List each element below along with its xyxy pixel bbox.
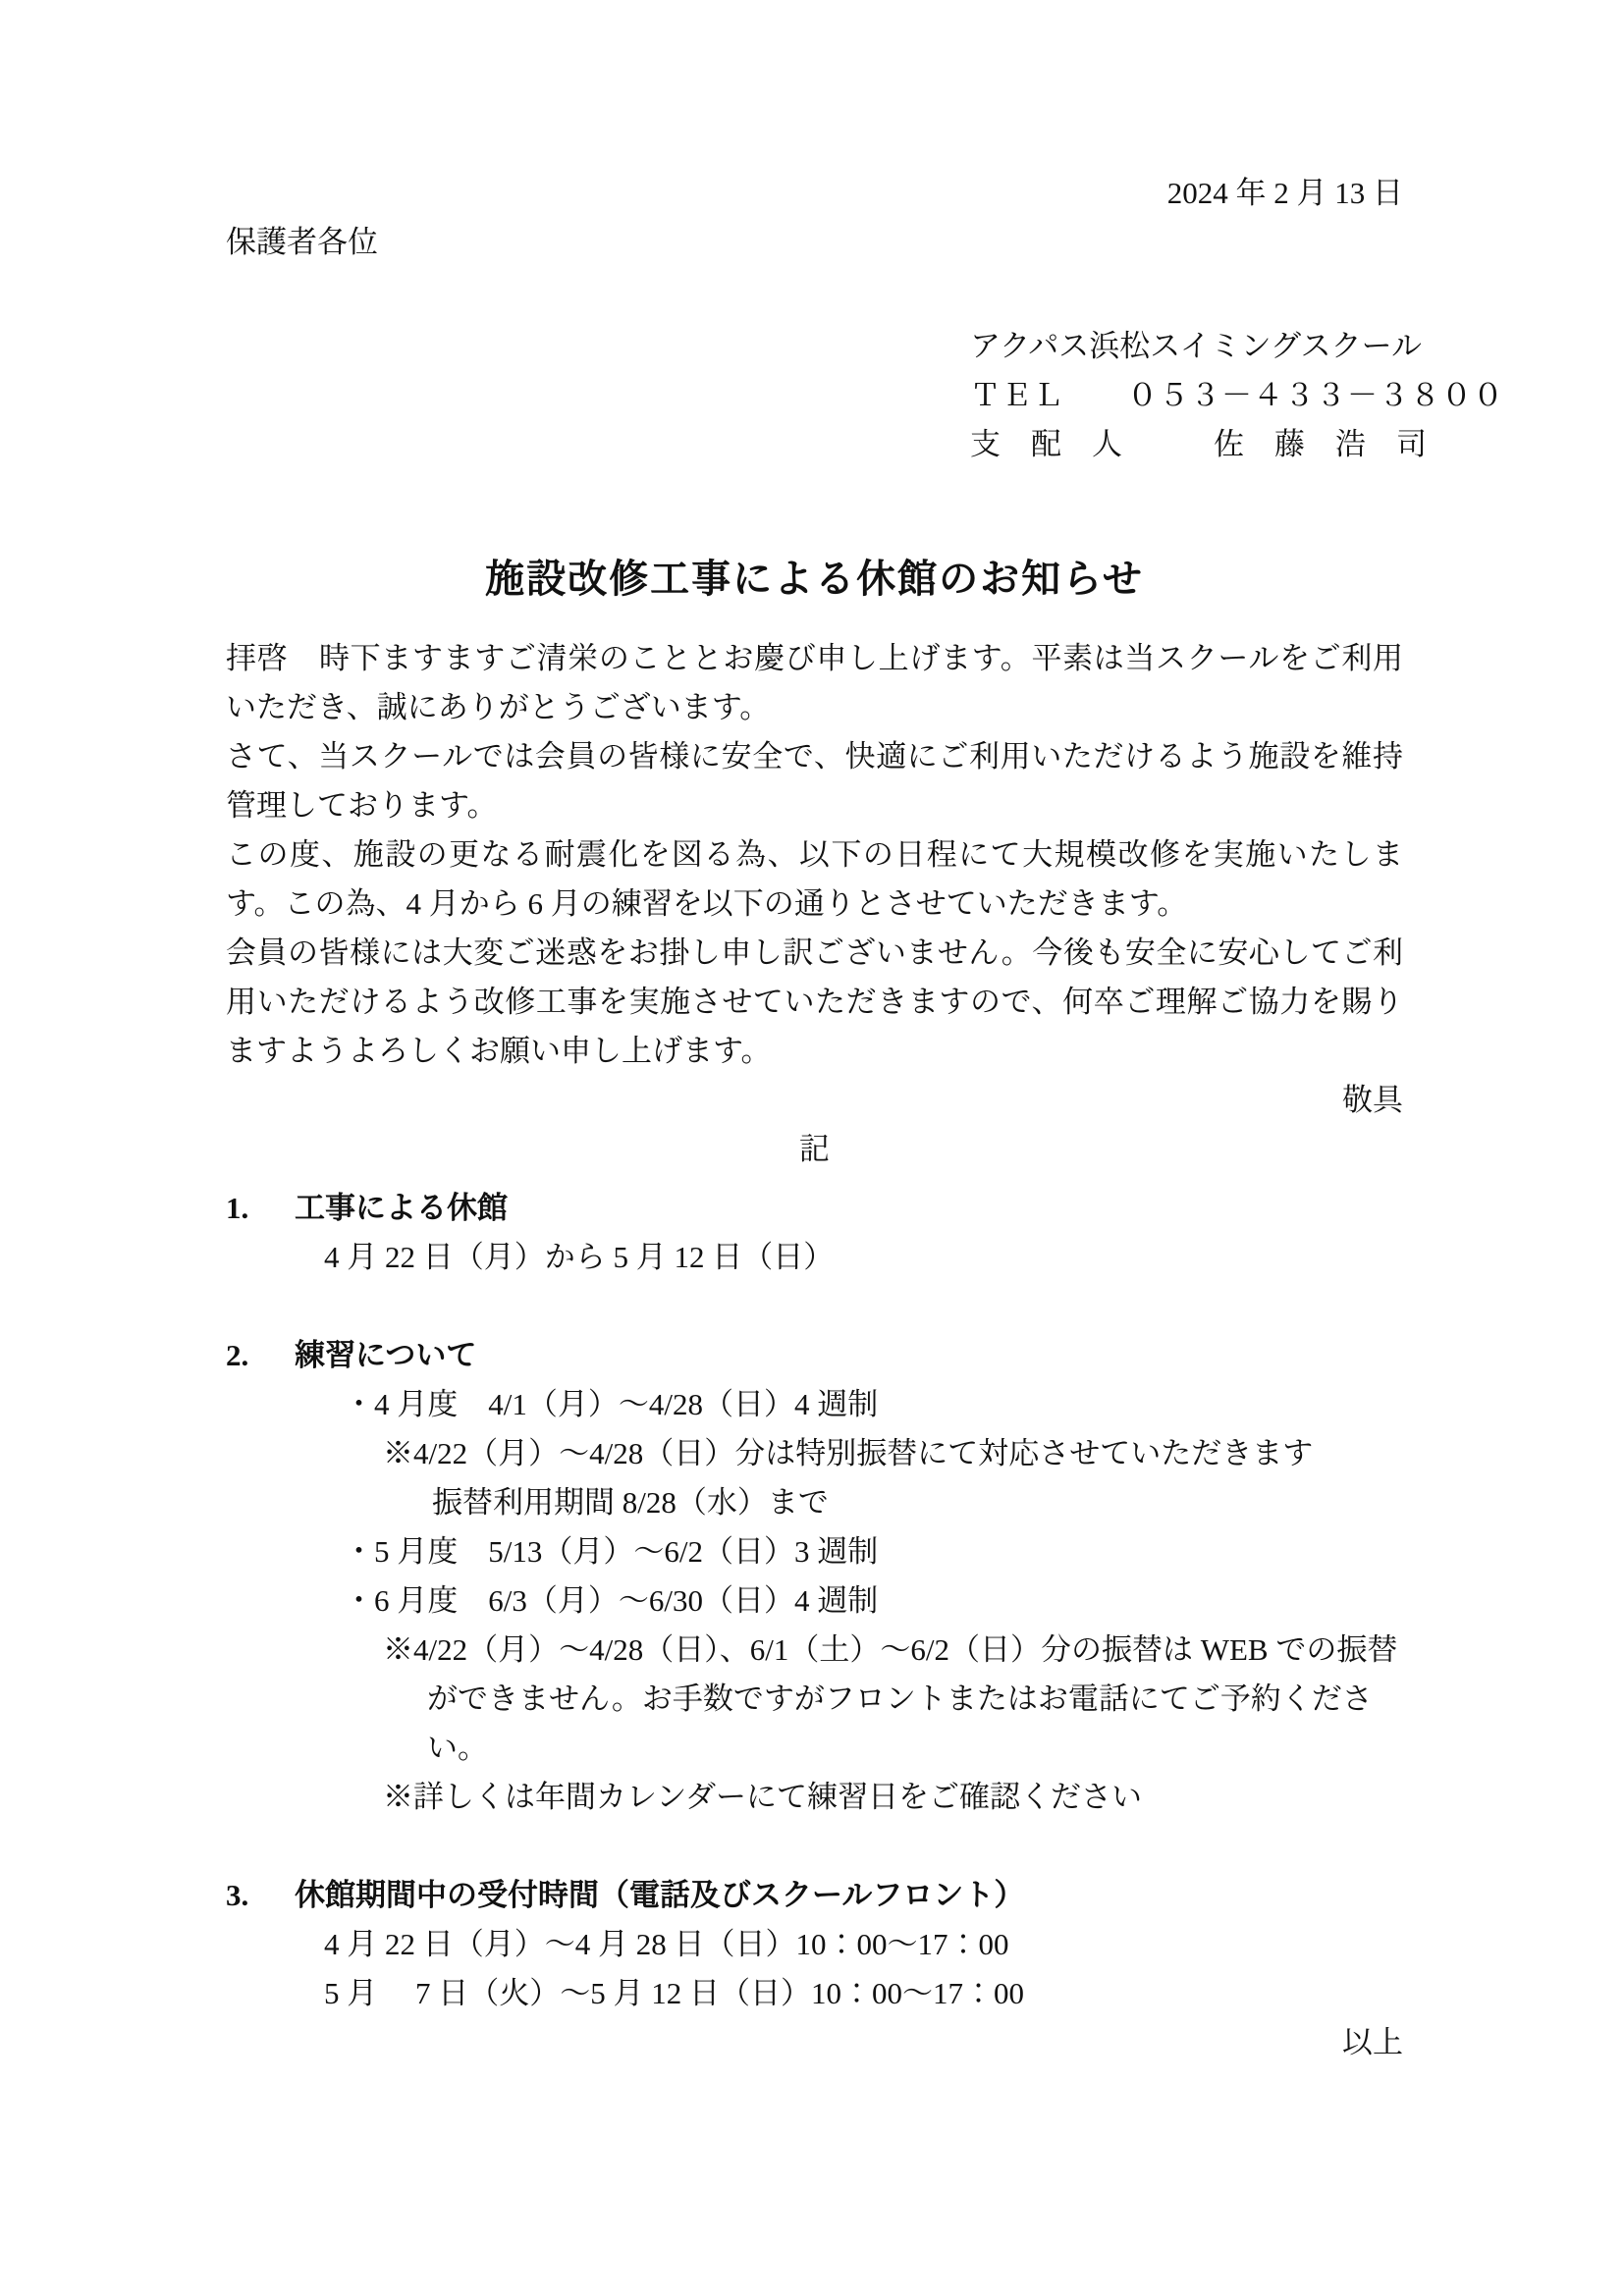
section-3-line-2: 5 月 7 日（火）～5 月 12 日（日）10：00～17：00 [226,1969,1403,2018]
section-2-line-calendar-note: ※詳しくは年間カレンダーにて練習日をご確認ください [226,1773,1403,1822]
document-date: 2024 年 2 月 13 日 [226,169,1403,218]
section-2-line-april-note: ※4/22（月）～4/28（日）分は特別振替にて対応させていただきます [226,1429,1403,1478]
section-2-line-web-note: ※4/22（月）～4/28（日）、6/1（土）～6/2（日）分の振替は WEB … [226,1626,1403,1773]
sender-organization: アクパス浜松スイミングスクール [970,322,1403,371]
notice-document-page: 2024 年 2 月 13 日 保護者各位 アクパス浜松スイミングスクール ＴＥ… [0,0,1624,2296]
section-2-heading: 2. 練習について [226,1331,1403,1380]
section-1-closure: 1. 工事による休館 4 月 22 日（月）から 5 月 12 日（日） [226,1184,1403,1282]
body-paragraph-4: 会員の皆様には大変ご迷惑をお掛し申し訳ございません。今後も安全に安心してご利用い… [226,929,1403,1076]
section-3-reception: 3. 休館期間中の受付時間（電話及びスクールフロント） 4 月 22 日（月）～… [226,1871,1403,2018]
section-3-line-1: 4 月 22 日（月）～4 月 28 日（日）10：00～17：00 [226,1920,1403,1969]
section-2-line-furikae-period: 振替利用期間 8/28（水）まで [226,1478,1403,1527]
sender-manager: 支 配 人 佐 藤 浩 司 [970,420,1403,469]
end-marker: 以上 [226,2018,1403,2067]
section-1-number: 1. [226,1184,295,1233]
sender-block: アクパス浜松スイミングスクール ＴＥＬ ０５３－４３３－３８００ 支 配 人 佐… [970,322,1403,469]
section-2-number: 2. [226,1331,295,1380]
section-1-lines: 4 月 22 日（月）から 5 月 12 日（日） [226,1233,1403,1282]
section-1-title: 工事による休館 [295,1184,508,1233]
notice-title: 施設改修工事による休館のお知らせ [226,550,1403,609]
closing-keigu: 敬具 [226,1076,1403,1125]
section-2-line-april: ・4 月度 4/1（月）～4/28（日）4 週制 [226,1380,1403,1429]
section-2-line-may: ・5 月度 5/13（月）～6/2（日）3 週制 [226,1527,1403,1576]
recipient-line: 保護者各位 [226,218,1403,267]
section-1-line-1: 4 月 22 日（月）から 5 月 12 日（日） [226,1233,1403,1282]
body-paragraph-2: さて、当スクールでは会員の皆様に安全で、快適にご利用いただけるよう施設を維持管理… [226,732,1403,830]
section-3-title: 休館期間中の受付時間（電話及びスクールフロント） [295,1871,1024,1920]
section-2-lines: ・4 月度 4/1（月）～4/28（日）4 週制 ※4/22（月）～4/28（日… [226,1380,1403,1822]
sender-telephone: ＴＥＬ ０５３－４３３－３８００ [970,371,1403,420]
section-3-number: 3. [226,1871,295,1920]
record-marker: 記 [226,1125,1403,1174]
section-2-practice: 2. 練習について ・4 月度 4/1（月）～4/28（日）4 週制 ※4/22… [226,1331,1403,1822]
body-block: 拝啓 時下ますますご清栄のこととお慶び申し上げます。平素は当スクールをご利用いた… [226,634,1403,1076]
body-paragraph-3: この度、施設の更なる耐震化を図る為、以下の日程にて大規模改修を実施いたします。こ… [226,830,1403,929]
body-paragraph-1: 拝啓 時下ますますご清栄のこととお慶び申し上げます。平素は当スクールをご利用いた… [226,634,1403,732]
section-1-heading: 1. 工事による休館 [226,1184,1403,1233]
section-2-line-june: ・6 月度 6/3（月）～6/30（日）4 週制 [226,1576,1403,1626]
section-3-lines: 4 月 22 日（月）～4 月 28 日（日）10：00～17：00 5 月 7… [226,1920,1403,2018]
document-content: 2024 年 2 月 13 日 保護者各位 アクパス浜松スイミングスクール ＴＥ… [0,0,1624,2067]
section-3-heading: 3. 休館期間中の受付時間（電話及びスクールフロント） [226,1871,1403,1920]
section-2-title: 練習について [295,1331,476,1380]
